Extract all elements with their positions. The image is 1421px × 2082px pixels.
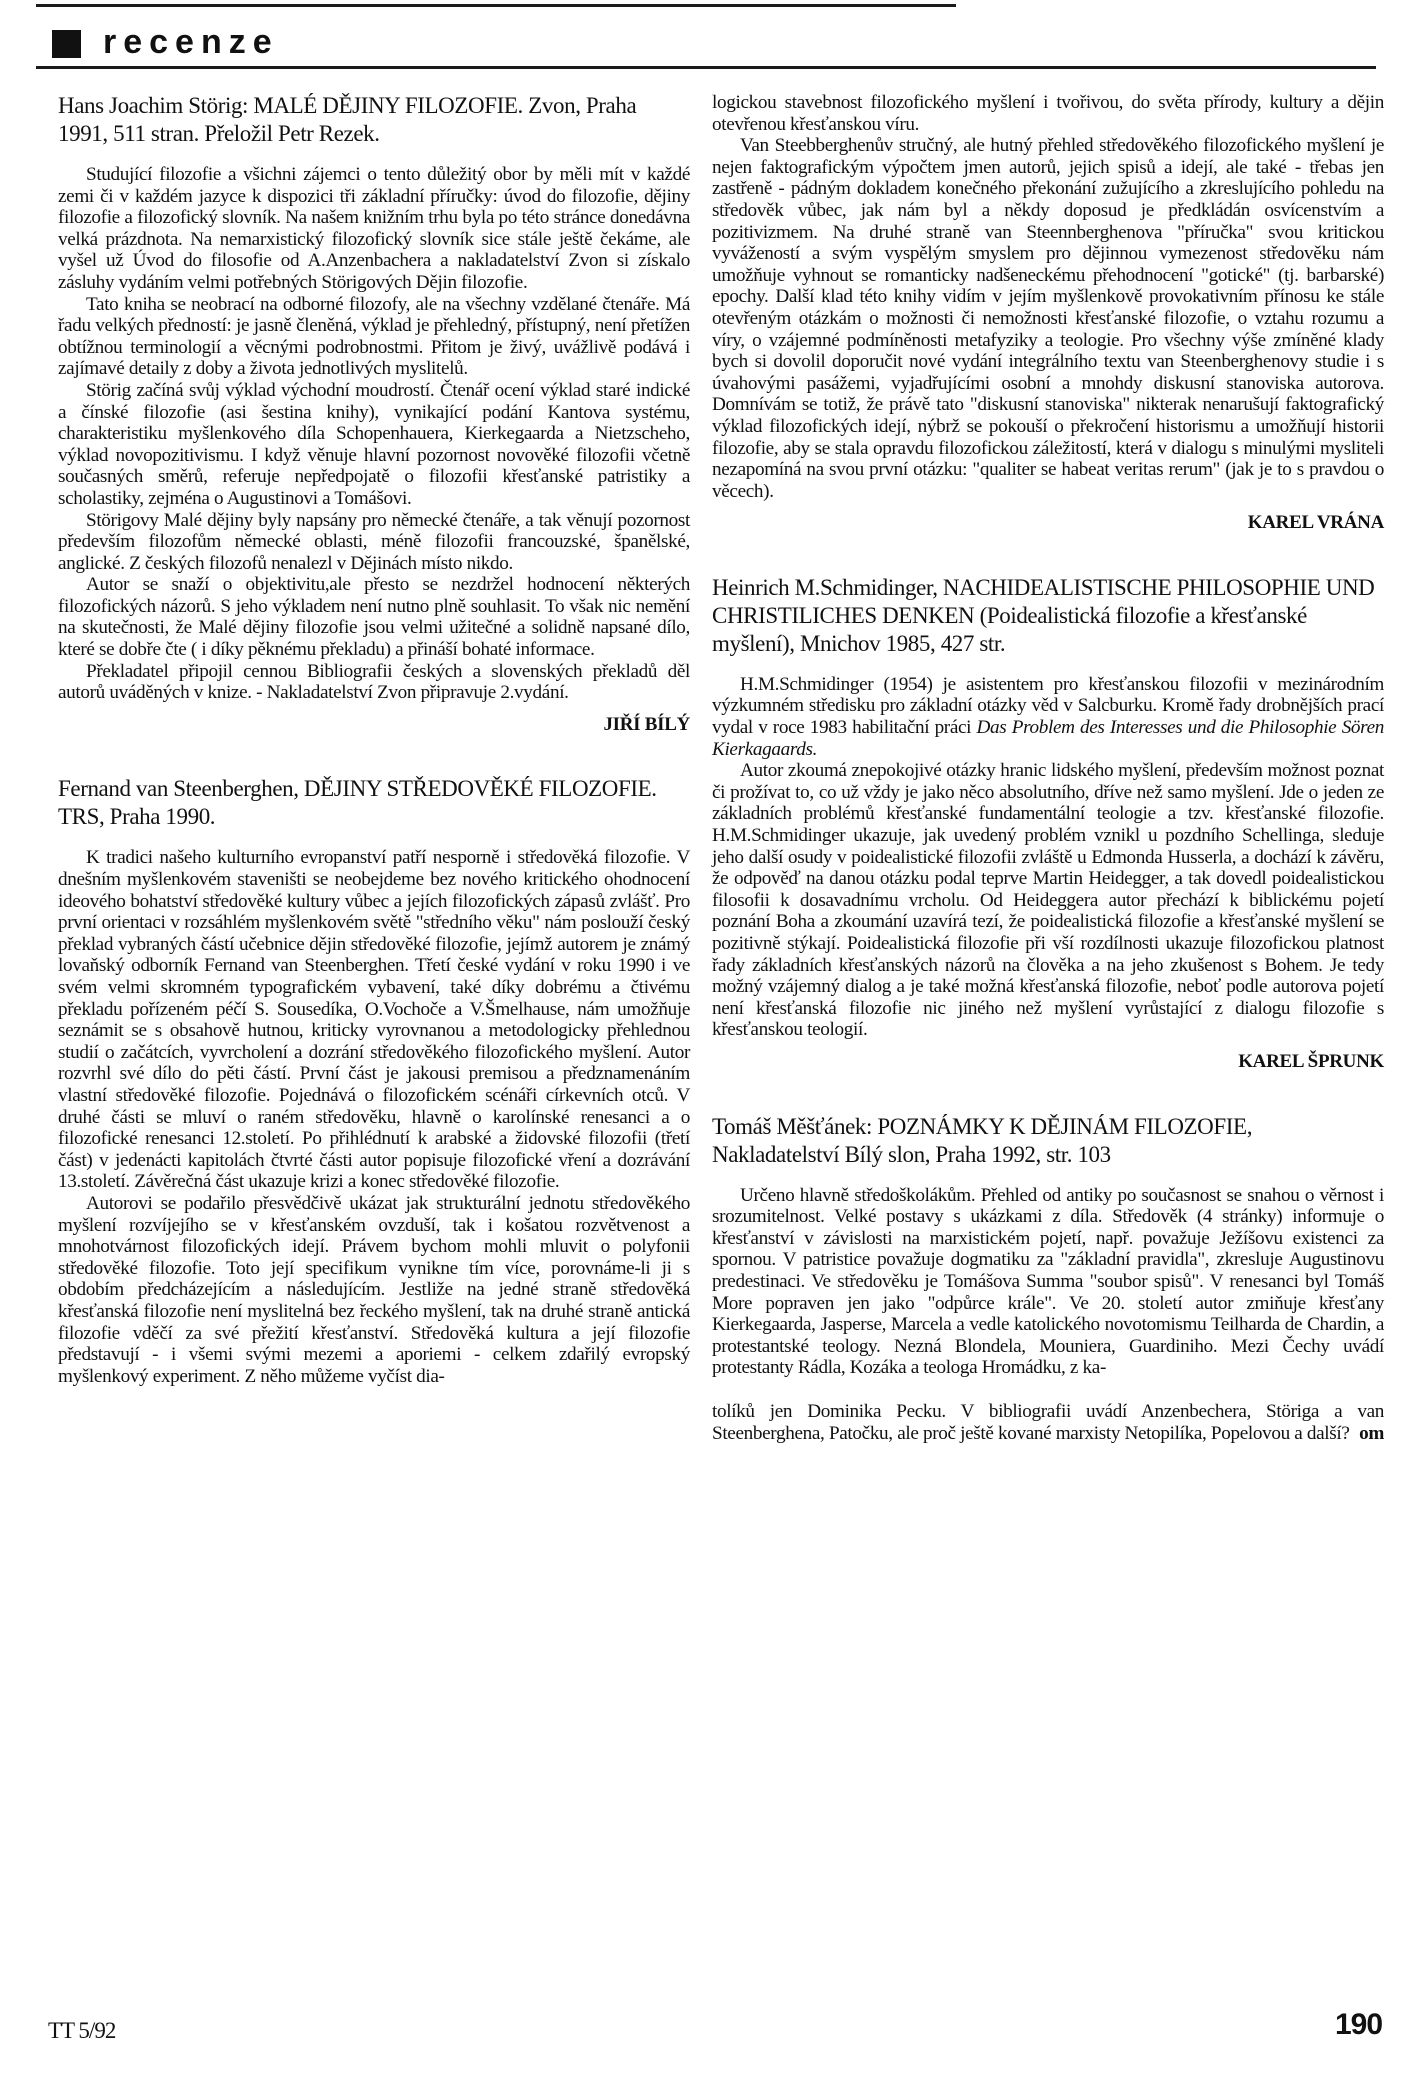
section-header: recenze [52,22,279,62]
review-title: Fernand van Steenberghen, DĚJINY STŘEDOV… [58,775,690,831]
review-signature: om [1359,1423,1384,1445]
header-rule [36,66,1376,69]
review-schmidinger: Heinrich M.Schmidinger, NACHIDEALISTISCH… [712,574,1384,1073]
section-title: recenze [103,23,279,62]
paragraph: Autor zkoumá znepokojivé otázky hranic l… [712,760,1384,1041]
paragraph: H.M.Schmidinger (1954) je asistentem pro… [712,674,1384,760]
right-column: logickou stavebnost filozofického myšlen… [712,92,1384,1444]
issue-label: TT 5/92 [48,2018,115,2044]
paragraph: Tato kniha se neobrací na odborné filozo… [58,294,690,380]
paragraph: Autorovi se podařilo přesvědčivě ukázat … [58,1193,690,1387]
paragraph: Störig začíná svůj výklad východní moudr… [58,380,690,510]
review-title: Heinrich M.Schmidinger, NACHIDEALISTISCH… [712,574,1384,658]
left-column: Hans Joachim Störig: MALÉ DĚJINY FILOZOF… [58,92,690,1387]
page-number: 190 [1335,2008,1382,2042]
review-steenberghen: Fernand van Steenberghen, DĚJINY STŘEDOV… [58,775,690,1387]
paragraph-text: tolíků jen Dominika Pecku. V bibliografi… [712,1401,1384,1444]
review-signature: JIŘÍ BÍLÝ [58,714,690,736]
review-title: Tomáš Měšťánek: POZNÁMKY K DĚJINÁM FILOZ… [712,1113,1384,1169]
paragraph: Určeno hlavně středoškolákům. Přehled od… [712,1185,1384,1379]
review-steenberghen-continued: logickou stavebnost filozofického myšlen… [712,92,1384,534]
paragraph: Překladatel připojil cennou Bibliografii… [58,661,690,704]
paragraph: logickou stavebnost filozofického myšlen… [712,92,1384,135]
paragraph: Van Steebberghenův stručný, ale hutný př… [712,135,1384,502]
paragraph: Autor se snaží o objektivitu,ale přesto … [58,574,690,660]
review-signature: KAREL ŠPRUNK [712,1051,1384,1073]
paragraph: tolíků jen Dominika Pecku. V bibliografi… [712,1401,1384,1444]
review-title: Hans Joachim Störig: MALÉ DĚJINY FILOZOF… [58,92,690,148]
top-rule [36,4,956,7]
spacer [712,1379,1384,1401]
review-mestanek: Tomáš Měšťánek: POZNÁMKY K DĚJINÁM FILOZ… [712,1113,1384,1445]
paragraph: K tradici našeho kulturního evropanství … [58,847,690,1193]
paragraph: Störigovy Malé dějiny byly napsány pro n… [58,510,690,575]
paragraph: Studující filozofie a všichni zájemci o … [58,164,690,294]
square-bullet-icon [52,30,81,58]
review-signature: KAREL VRÁNA [712,512,1384,534]
review-storig: Hans Joachim Störig: MALÉ DĚJINY FILOZOF… [58,92,690,735]
